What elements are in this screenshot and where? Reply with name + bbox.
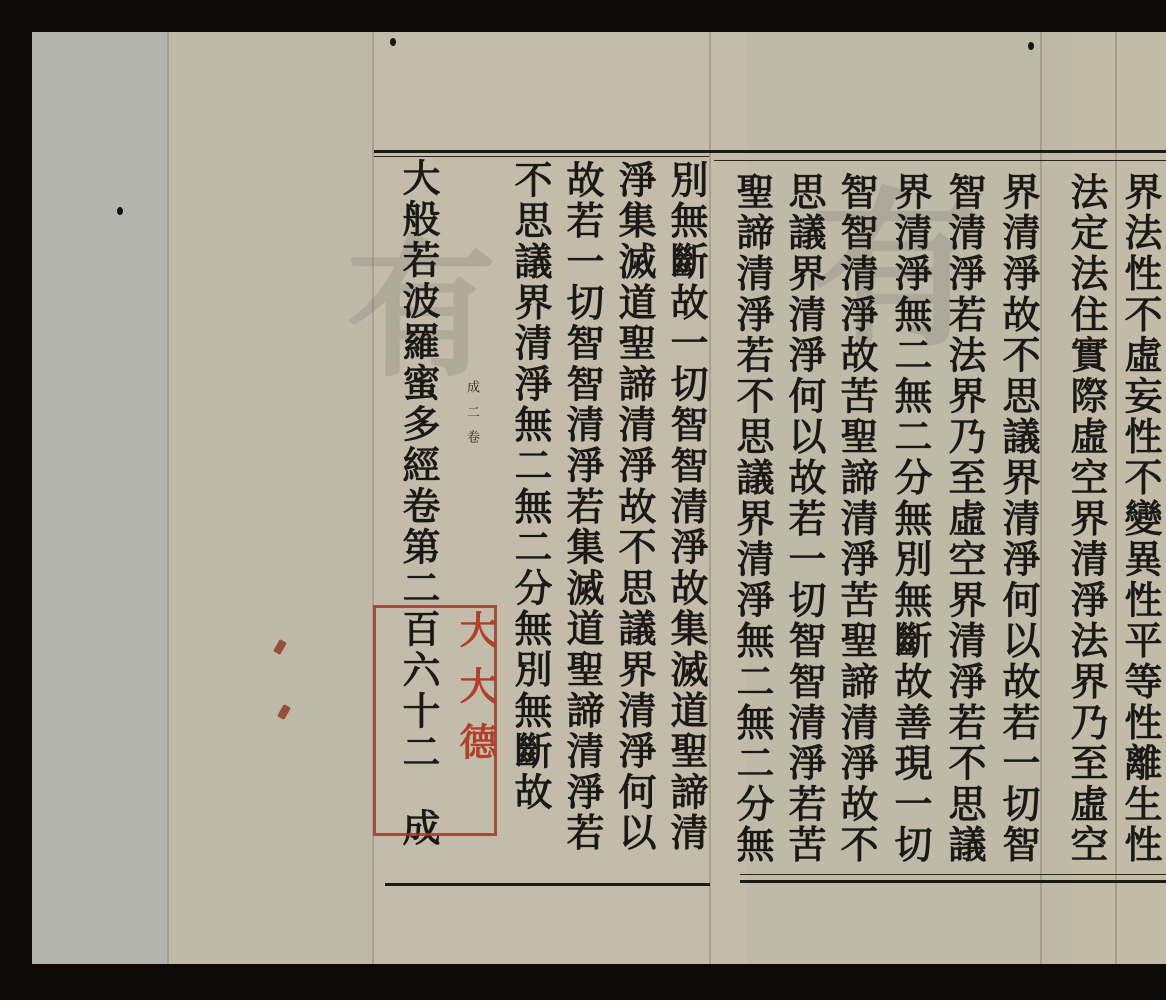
text-column-11: 故若一切智智清淨若集滅道聖諦清淨若	[560, 160, 604, 854]
text-column-12: 不思議界清淨無二無二分無別無斷故	[508, 160, 552, 813]
text-column-7: 思議界清淨何以故若一切智智清淨若苦	[782, 172, 826, 866]
fold-line	[1115, 32, 1117, 964]
text-column-4: 智清淨若法界乃至虛空界清淨若不思議	[942, 172, 986, 866]
text-column-9: 別無斷故一切智智清淨故集滅道聖諦清	[664, 160, 708, 854]
ink-spot	[117, 207, 123, 215]
fold-line	[709, 32, 711, 964]
text-column-6: 智智清淨故苦聖諦清淨苦聖諦清淨故不	[834, 172, 878, 866]
margin-note: 成二卷	[462, 380, 481, 455]
fold-line	[167, 32, 169, 964]
text-column-8: 聖諦清淨若不思議界清淨無二無二分無	[730, 172, 774, 866]
paper-panel-2	[167, 32, 372, 964]
text-column-2: 法定法住實際虛空界清淨法界乃至虛空	[1064, 172, 1108, 866]
bottom-border-rule-inner	[740, 874, 1166, 875]
seal-text: 大大德	[448, 610, 503, 778]
top-border-rule-inner	[374, 156, 709, 157]
text-column-5: 界清淨無二無二分無別無斷故善現一切	[888, 172, 932, 866]
binding-hole	[1028, 42, 1034, 50]
paper-panel-1	[32, 32, 167, 964]
text-column-3: 界清淨故不思議界清淨何以故若一切智	[996, 172, 1040, 866]
top-border-rule	[374, 150, 1166, 153]
top-border-rule-inner	[714, 160, 1166, 161]
bottom-border-rule	[385, 883, 710, 886]
text-column-1: 界法性不虛妄性不變異性平等性離生性	[1118, 172, 1162, 866]
binding-hole	[390, 38, 396, 46]
text-column-10: 淨集滅道聖諦清淨故不思議界清淨何以	[612, 160, 656, 854]
bottom-border-rule	[740, 880, 1166, 883]
